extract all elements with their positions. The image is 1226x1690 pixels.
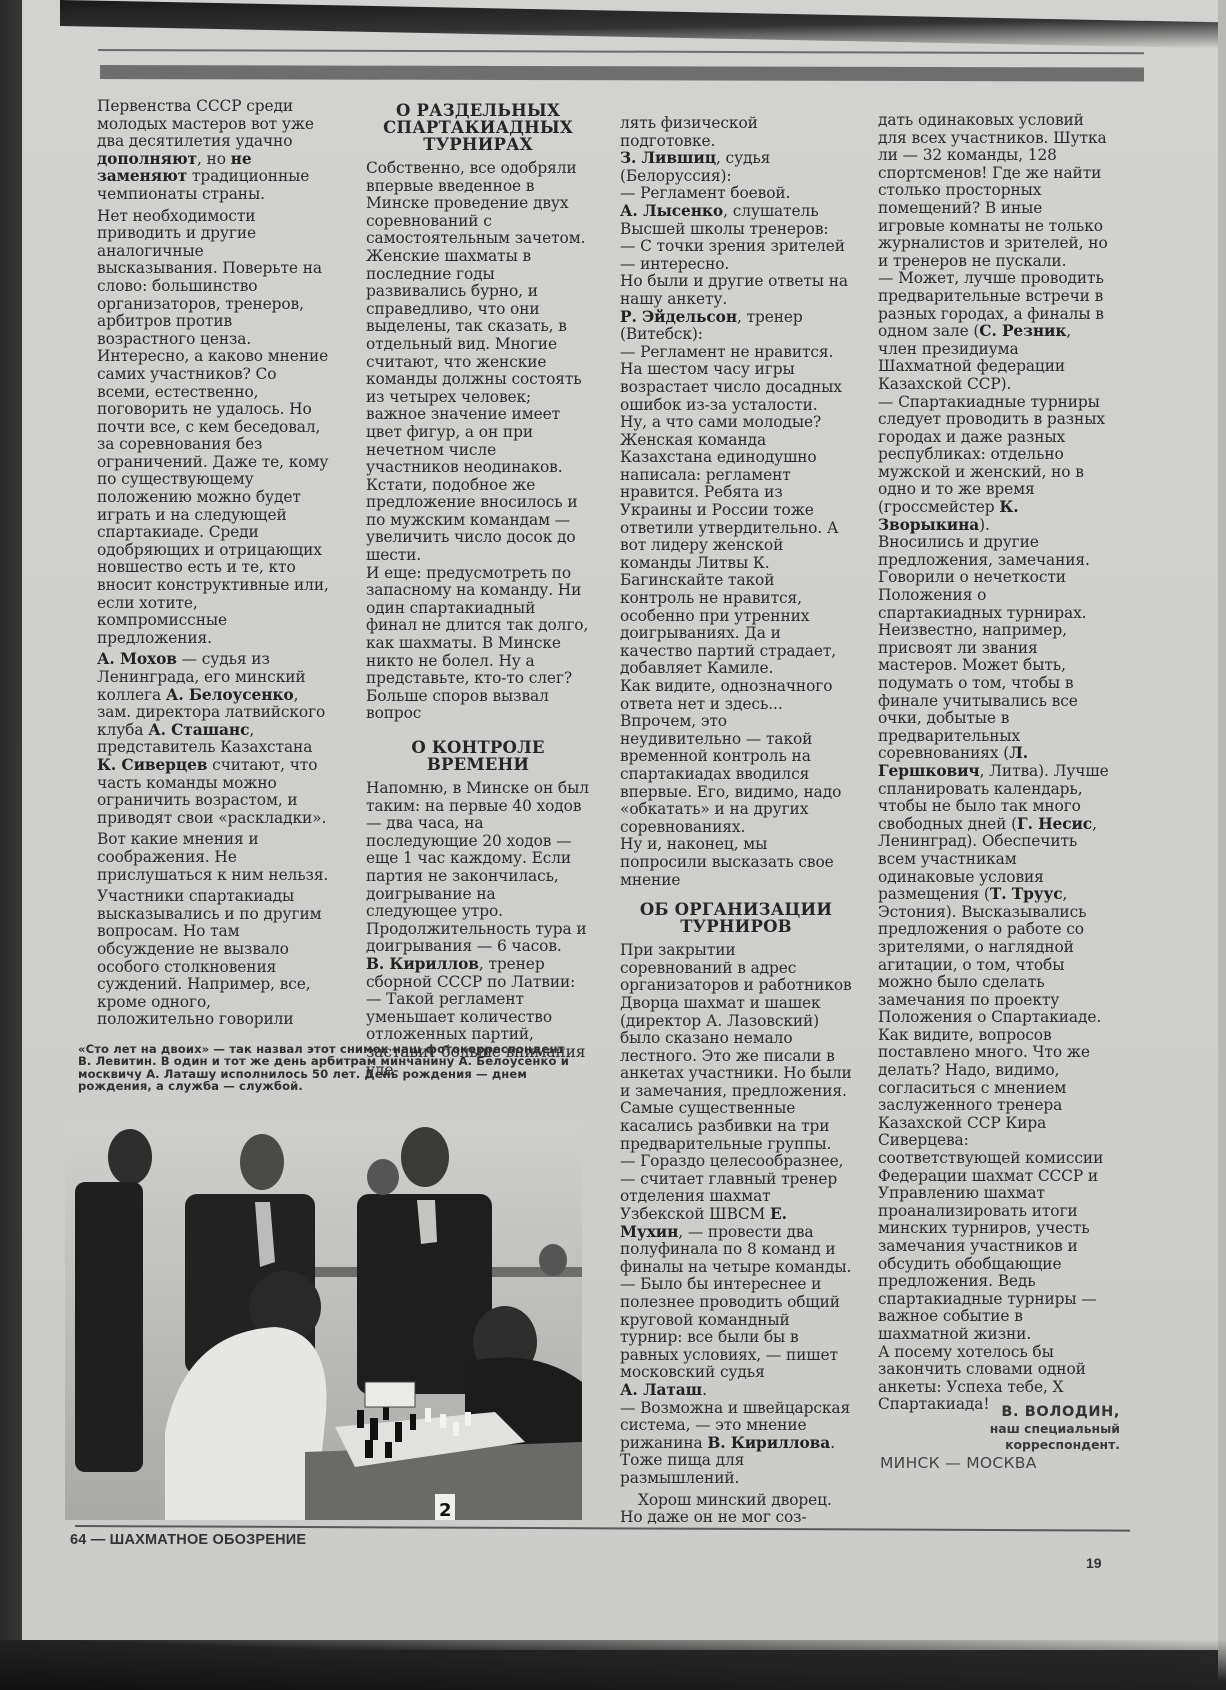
paragraph: Нет необходимости приводить и другие ана…	[97, 208, 329, 648]
column-1: Первенства СССР среди молодых мастеров в…	[97, 98, 329, 1033]
magazine-running-footer: 64 — ШАХМАТНОЕ ОБОЗРЕНИЕ	[70, 1532, 306, 1548]
paragraph: А. Мохов — судья из Ленинграда, его минс…	[97, 651, 329, 827]
author-role: корреспондент.	[880, 1437, 1120, 1453]
section-heading: О КОНТРОЛЕ ВРЕМЕНИ	[366, 739, 590, 773]
column-3: лять физической подготовке. З. Лившиц, с…	[620, 115, 852, 1527]
text: , Эстония). Высказывались предложения о …	[878, 885, 1101, 1026]
page-number: 19	[1086, 1555, 1102, 1571]
paragraph: Собственно, все одобряли впервые введенн…	[366, 160, 590, 565]
paragraph: — Возможна и швейцарская система, — это …	[620, 1400, 852, 1453]
text: — Было бы интереснее и полезнее проводит…	[620, 1275, 840, 1381]
bold-term: дополняют	[97, 150, 197, 168]
paragraph: Как видите, однозначного ответа нет и зд…	[620, 678, 852, 836]
paragraph: А. Лысенко, слушатель Высшей школы трене…	[620, 203, 852, 238]
text: ).	[979, 516, 990, 534]
person-name: В. Кириллов	[366, 955, 479, 973]
text: Первенства СССР среди молодых мастеров в…	[97, 97, 314, 150]
paragraph: — Может, лучше проводить предварительные…	[878, 270, 1110, 393]
person-name: Т. Труус	[990, 885, 1063, 903]
paragraph: — Регламент боевой.	[620, 185, 852, 203]
paragraph: Вносились и другие предложения, замечани…	[878, 534, 1110, 1027]
author-role: наш специальный	[880, 1421, 1120, 1437]
text: , но	[197, 150, 231, 168]
paragraph: — Было бы интереснее и полезнее проводит…	[620, 1276, 852, 1399]
text: — Гораздо целесообразнее, — считает глав…	[620, 1152, 843, 1223]
person-name: А. Лысенко	[620, 202, 723, 220]
paragraph: Тоже пища для размышлений.	[620, 1452, 852, 1487]
paragraph: Хорош минский дворец. Но даже он не мог …	[620, 1492, 852, 1527]
paragraph: — Гораздо целесообразнее, — считает глав…	[620, 1153, 852, 1276]
paragraph: — Спартакиадные турниры следует проводит…	[878, 394, 1110, 535]
author-name: В. ВОЛОДИН,	[880, 1404, 1120, 1421]
paragraph: Участники спартакиады высказывались и по…	[97, 888, 329, 1029]
paragraph: дать одинаковых условий для всех участни…	[878, 112, 1110, 270]
person-name: В. Кириллова	[707, 1434, 830, 1452]
person-name: Р. Эйдельсон	[620, 308, 737, 326]
person-name: А. Сташанс	[148, 721, 249, 739]
paragraph: Ну и, наконец, мы попросили высказать св…	[620, 836, 852, 889]
chess-players-photo-icon: 2	[65, 1122, 582, 1520]
text: .	[702, 1381, 707, 1399]
scan-bottom-shadow	[0, 1640, 1226, 1690]
paragraph: Первенства СССР среди молодых мастеров в…	[97, 98, 329, 204]
paragraph: Р. Эйдельсон, тренер (Витебск):	[620, 309, 852, 344]
text: Вносились и другие предложения, замечани…	[878, 533, 1090, 762]
paragraph: З. Лившиц, судья (Белоруссия):	[620, 150, 852, 185]
paragraph: И еще: предусмотреть по запасному на ком…	[366, 565, 590, 723]
author-signature: В. ВОЛОДИН, наш специальный корреспонден…	[880, 1404, 1120, 1473]
dateline-place: МИНСК — МОСКВА	[880, 1453, 1120, 1473]
person-name: З. Лившиц	[620, 149, 716, 167]
header-rule-thick	[100, 65, 1144, 82]
person-name: А. Белоусенко	[166, 686, 294, 704]
column-2: О РАЗДЕЛЬНЫХ СПАРТАКИАДНЫХ ТУРНИРАХ Собс…	[366, 102, 590, 1079]
paragraph: В. Кириллов, тренер сборной СССР по Латв…	[366, 956, 590, 991]
text: — Спартакиадные турниры следует проводит…	[878, 393, 1105, 517]
person-name: А. Латаш	[620, 1381, 702, 1399]
section-heading: О РАЗДЕЛЬНЫХ СПАРТАКИАДНЫХ ТУРНИРАХ	[366, 102, 590, 153]
paragraph: Ну, а что сами молодые? Женская команда …	[620, 414, 852, 678]
paragraph: — С точки зрения зрителей — интересно.	[620, 238, 852, 273]
paragraph: При закрытии соревнований в адрес органи…	[620, 942, 852, 1153]
paragraph: Напомню, в Минске он был таким: на первы…	[366, 780, 590, 956]
paragraph: Но были и другие ответы на нашу анкету.	[620, 273, 852, 308]
paragraph: Вот какие мнения и соображения. Не присл…	[97, 831, 329, 884]
section-heading: ОБ ОРГАНИЗАЦИИ ТУРНИРОВ	[620, 901, 852, 935]
person-name: К. Сиверцев	[97, 756, 207, 774]
photo-caption: «Сто лет на двоих» — так назвал этот сни…	[78, 1043, 578, 1093]
person-name: С. Резник	[979, 322, 1066, 340]
chess-photo: 2	[65, 1122, 582, 1520]
text: .	[830, 1434, 835, 1452]
paragraph: лять физической подготовке.	[620, 115, 852, 150]
scan-right-edge	[1218, 0, 1226, 1690]
person-name: Г. Несис	[1017, 815, 1092, 833]
person-name: А. Мохов	[97, 650, 177, 668]
column-4: дать одинаковых условий для всех участни…	[878, 112, 1110, 1414]
svg-text:2: 2	[439, 1500, 452, 1520]
paragraph: — Регламент не нравится. На шестом часу …	[620, 344, 852, 414]
paragraph: Как видите, вопросов поставлено много. Ч…	[878, 1027, 1110, 1344]
